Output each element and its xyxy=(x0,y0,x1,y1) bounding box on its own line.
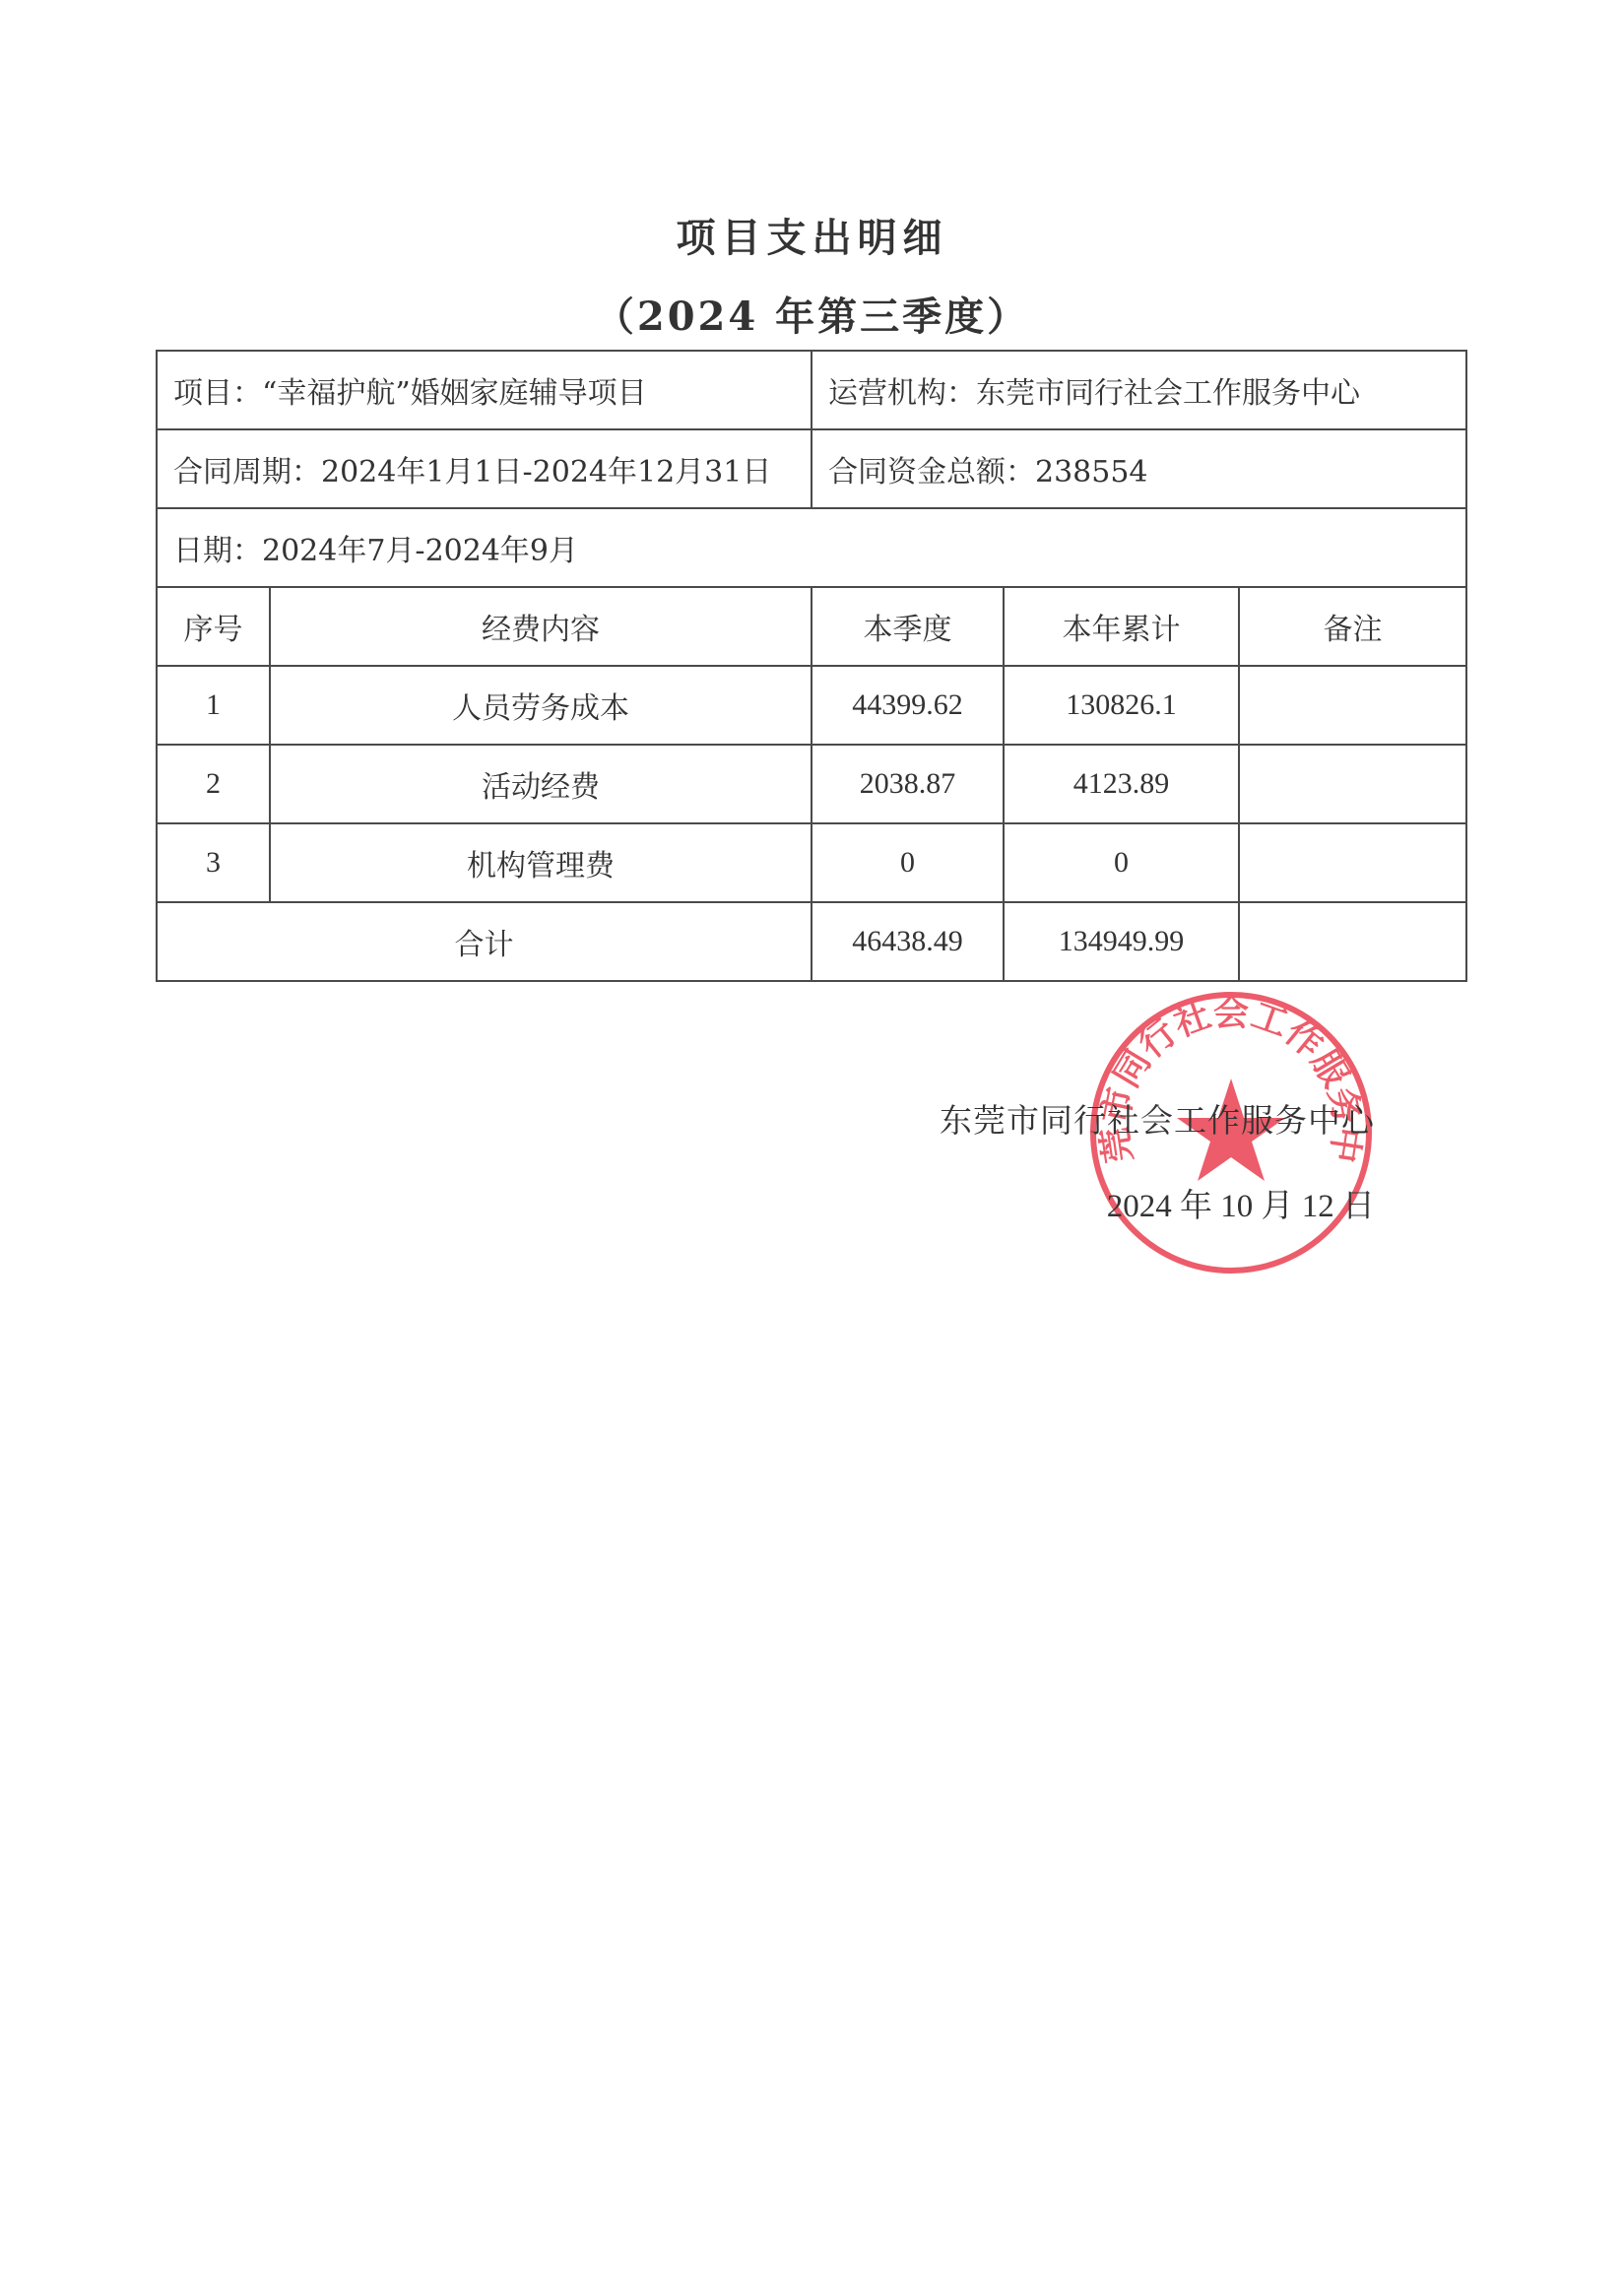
project-name: 项目：“幸福护航”婚姻家庭辅导项目 xyxy=(157,351,812,429)
row-note xyxy=(1239,745,1466,823)
table-row: 1 人员劳务成本 44399.62 130826.1 xyxy=(157,666,1466,745)
row-item: 活动经费 xyxy=(270,745,812,823)
expense-table: 项目：“幸福护航”婚姻家庭辅导项目 运营机构：东莞市同行社会工作服务中心 合同周… xyxy=(156,350,1467,982)
header-note: 备注 xyxy=(1239,587,1466,666)
signature-date: 2024 年 10 月 12 日 xyxy=(1107,1180,1375,1226)
row-quarter: 44399.62 xyxy=(812,666,1004,745)
document-title: 项目支出明细 xyxy=(0,207,1624,263)
table-row: 3 机构管理费 0 0 xyxy=(157,823,1466,902)
total-note xyxy=(1239,902,1466,981)
header-item: 经费内容 xyxy=(270,587,812,666)
header-ytd: 本年累计 xyxy=(1004,587,1239,666)
row-no: 1 xyxy=(157,666,270,745)
total-ytd: 134949.99 xyxy=(1004,902,1239,981)
row-note xyxy=(1239,823,1466,902)
info-row-contract: 合同周期：2024年1月1日-2024年12月31日 合同资金总额：238554 xyxy=(157,429,1466,508)
row-quarter: 0 xyxy=(812,823,1004,902)
contract-period: 合同周期：2024年1月1日-2024年12月31日 xyxy=(157,429,812,508)
document-subtitle: （2024 年第三季度） xyxy=(0,286,1624,342)
header-no: 序号 xyxy=(157,587,270,666)
row-item: 人员劳务成本 xyxy=(270,666,812,745)
contract-total: 合同资金总额：238554 xyxy=(812,429,1466,508)
table-row: 2 活动经费 2038.87 4123.89 xyxy=(157,745,1466,823)
row-ytd: 4123.89 xyxy=(1004,745,1239,823)
total-row: 合计 46438.49 134949.99 xyxy=(157,902,1466,981)
row-ytd: 0 xyxy=(1004,823,1239,902)
total-quarter: 46438.49 xyxy=(812,902,1004,981)
row-ytd: 130826.1 xyxy=(1004,666,1239,745)
date-range: 日期：2024年7月-2024年9月 xyxy=(157,508,1466,587)
total-label: 合计 xyxy=(157,902,812,981)
table-header-row: 序号 经费内容 本季度 本年累计 备注 xyxy=(157,587,1466,666)
row-no: 3 xyxy=(157,823,270,902)
row-no: 2 xyxy=(157,745,270,823)
signature-org: 东莞市同行社会工作服务中心 xyxy=(940,1095,1375,1142)
operator-name: 运营机构：东莞市同行社会工作服务中心 xyxy=(812,351,1466,429)
row-quarter: 2038.87 xyxy=(812,745,1004,823)
row-note xyxy=(1239,666,1466,745)
info-row-date: 日期：2024年7月-2024年9月 xyxy=(157,508,1466,587)
header-quarter: 本季度 xyxy=(812,587,1004,666)
row-item: 机构管理费 xyxy=(270,823,812,902)
info-row-project: 项目：“幸福护航”婚姻家庭辅导项目 运营机构：东莞市同行社会工作服务中心 xyxy=(157,351,1466,429)
